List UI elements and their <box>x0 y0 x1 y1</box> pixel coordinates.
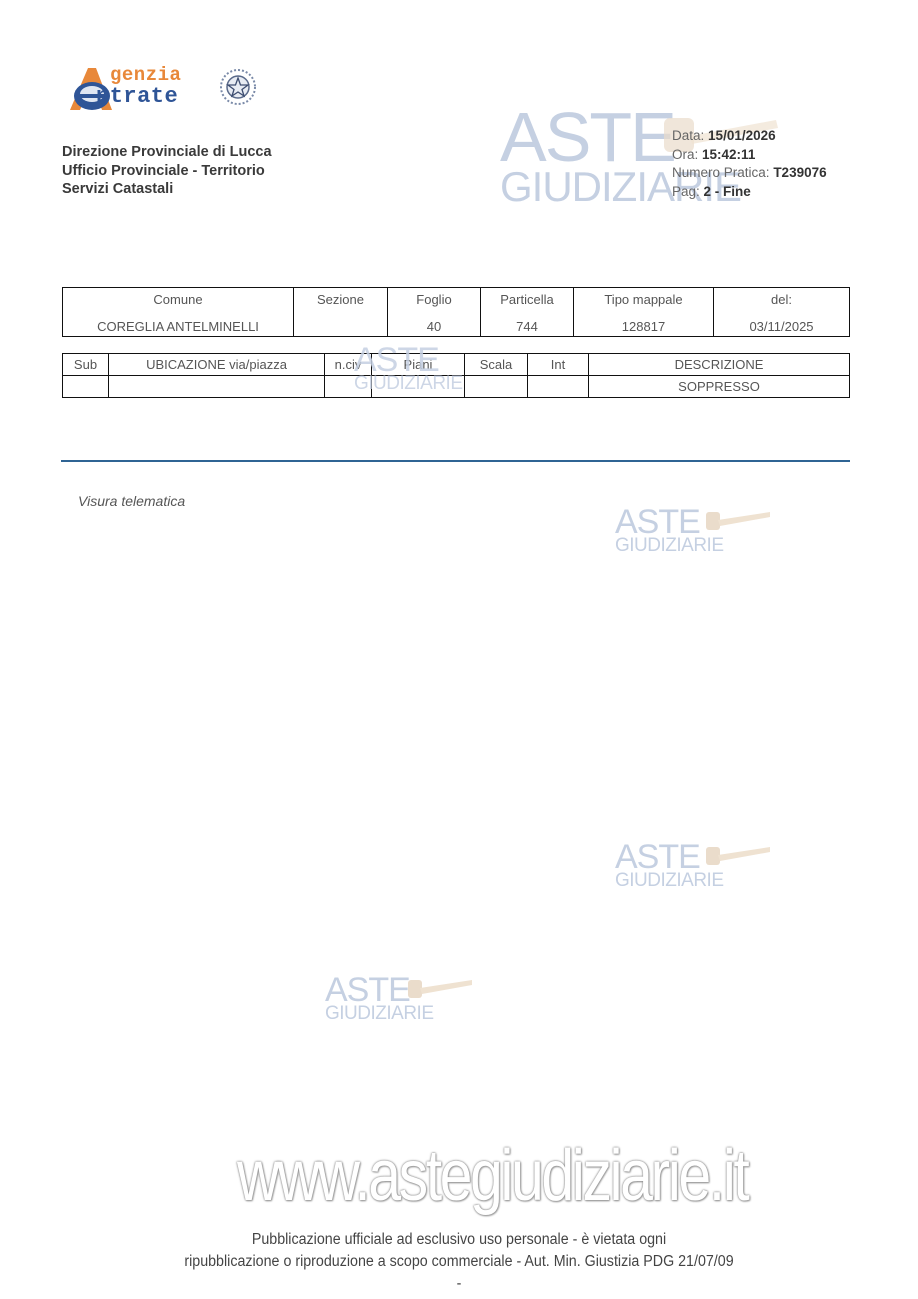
cell-foglio: Foglio40 <box>388 288 481 337</box>
gavel-watermark-icon <box>700 508 772 540</box>
footer-notice: Pubblicazione ufficiale ad esclusivo uso… <box>175 1229 744 1295</box>
italian-emblem-icon <box>218 64 258 110</box>
pratica-value: T239076 <box>773 165 826 180</box>
document-meta: Data: 15/01/2026 Ora: 15:42:11 Numero Pr… <box>672 127 827 201</box>
office-servizi: Servizi Catastali <box>62 180 272 199</box>
watermark-aste-giudiziarie: ASTE GIUDIZIARIE <box>354 343 463 393</box>
date-value: 15/01/2026 <box>708 128 776 143</box>
office-ufficio: Ufficio Provinciale - Territorio <box>62 162 272 181</box>
cell-particella: Particella744 <box>481 288 574 337</box>
time-value: 15:42:11 <box>702 147 755 162</box>
cell-tipo-mappale: Tipo mappale128817 <box>574 288 714 337</box>
cell-del: del:03/11/2025 <box>714 288 850 337</box>
cell-comune: ComuneCOREGLIA ANTELMINELLI <box>63 288 294 337</box>
gavel-watermark-icon <box>402 976 474 1008</box>
page-value: 2 - Fine <box>704 184 751 199</box>
visura-label: Visura telematica <box>78 493 185 509</box>
gavel-watermark-icon <box>700 843 772 875</box>
cell-sezione: Sezione <box>294 288 388 337</box>
logo-word-agenzia: genzia <box>110 64 181 86</box>
logo-word-entrate: ntrate <box>96 84 178 109</box>
office-block: Direzione Provinciale di Lucca Ufficio P… <box>62 143 272 199</box>
descrizione-value: SOPPRESSO <box>589 376 850 398</box>
agenzia-entrate-logo: genzia ntrate <box>66 62 261 114</box>
section-divider <box>61 460 850 462</box>
parcel-table: ComuneCOREGLIA ANTELMINELLI Sezione Fogl… <box>62 287 850 337</box>
site-url-watermark: www.astegiudiziarie.it <box>237 1135 684 1217</box>
office-direzione: Direzione Provinciale di Lucca <box>62 143 272 162</box>
